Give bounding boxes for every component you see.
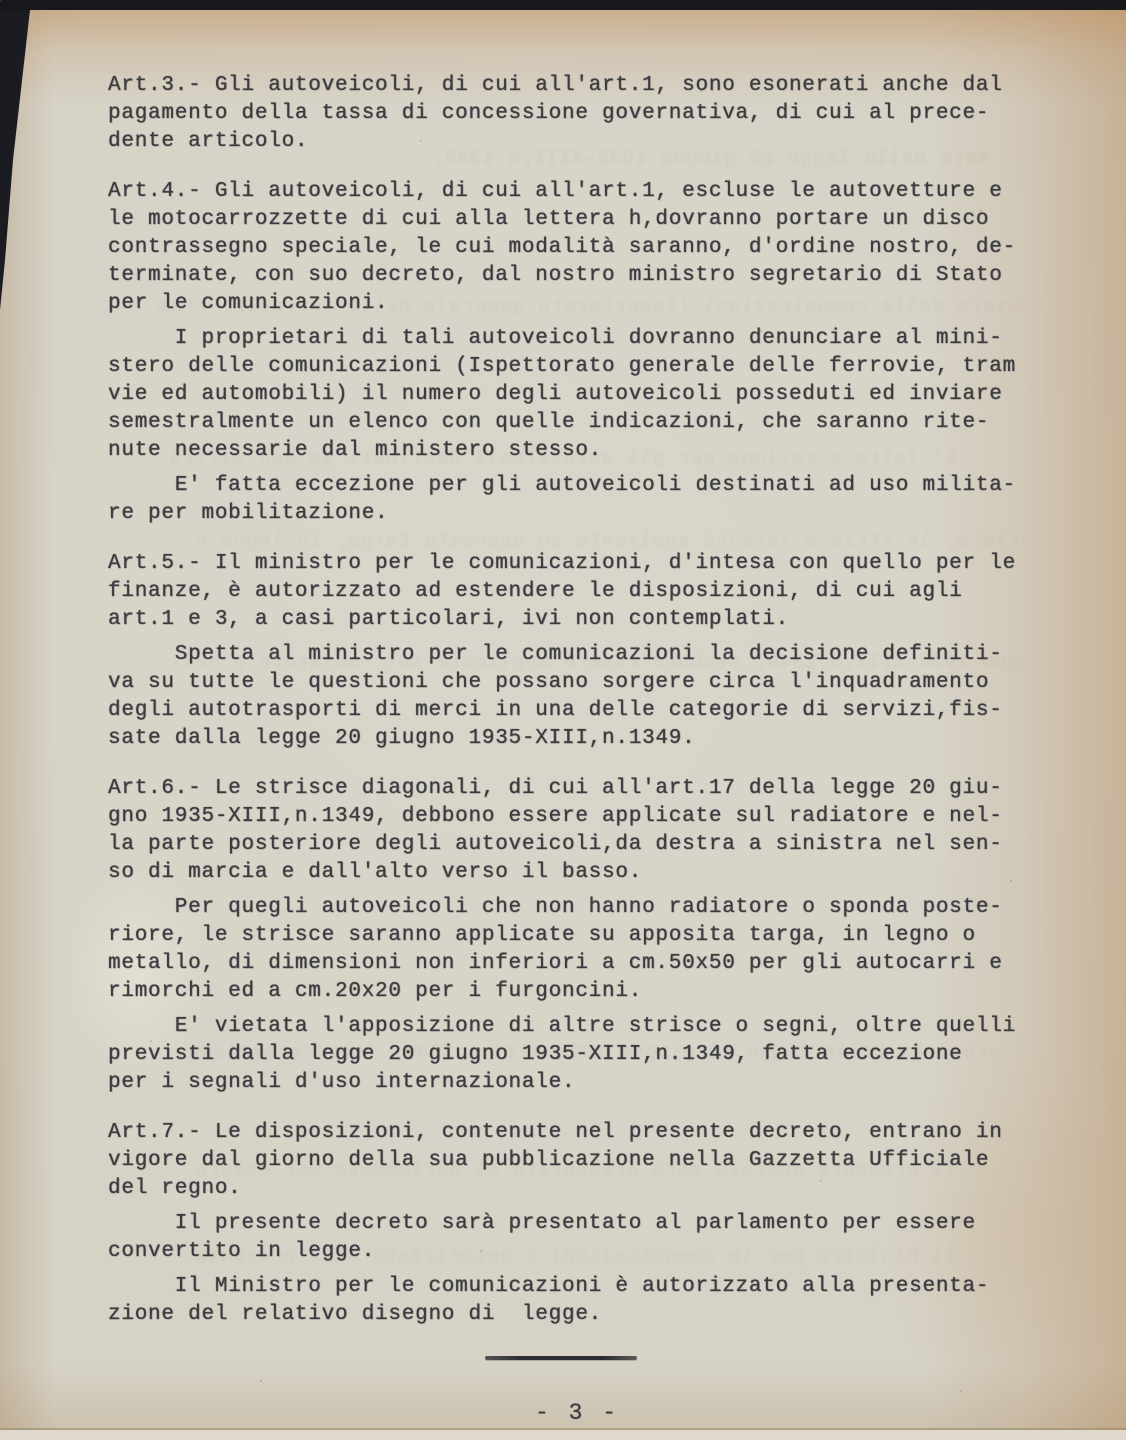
text-line: del regno. bbox=[108, 1175, 1048, 1203]
paper-specks bbox=[0, 0, 2, 2]
text-line: Art.3.- Gli autoveicoli, di cui all'art.… bbox=[108, 72, 1048, 100]
text-line: per i segnali d'uso internazionale. bbox=[108, 1069, 1048, 1097]
text-line: Spetta al ministro per le comunicazioni … bbox=[108, 641, 1048, 669]
text-line: dente articolo. bbox=[108, 128, 1048, 156]
scanned-document-page: sate dalla legge 20 giugno 1935-XIII,n.1… bbox=[0, 0, 1126, 1440]
document-body: Art.3.- Gli autoveicoli, di cui all'art.… bbox=[108, 72, 1048, 1329]
text-line: zione del relativo disegno di legge. bbox=[108, 1301, 1048, 1329]
text-line: I proprietari di tali autoveicoli dovran… bbox=[108, 325, 1048, 353]
text-line: pagamento della tassa di concessione gov… bbox=[108, 100, 1048, 128]
text-line: Art.5.- Il ministro per le comunicazioni… bbox=[108, 550, 1048, 578]
text-line: Per quegli autoveicoli che non hanno rad… bbox=[108, 894, 1048, 922]
text-line: Art.4.- Gli autoveicoli, di cui all'art.… bbox=[108, 178, 1048, 206]
text-line: terminate, con suo decreto, dal nostro m… bbox=[108, 262, 1048, 290]
text-line: convertito in legge. bbox=[108, 1238, 1048, 1266]
text-line: metallo, di dimensioni non inferiori a c… bbox=[108, 950, 1048, 978]
text-line: riore, le strisce saranno applicate su a… bbox=[108, 922, 1048, 950]
text-line: sate dalla legge 20 giugno 1935-XIII,n.1… bbox=[108, 725, 1048, 753]
article-paragraph: Art.7.- Le disposizioni, contenute nel p… bbox=[108, 1119, 1048, 1203]
body-paragraph: Per quegli autoveicoli che non hanno rad… bbox=[108, 894, 1048, 1006]
text-line: vie ed automobili) il numero degli autov… bbox=[108, 381, 1048, 409]
text-line: re per mobilitazione. bbox=[108, 500, 1048, 528]
text-line: Art.7.- Le disposizioni, contenute nel p… bbox=[108, 1119, 1048, 1147]
text-line: semestralmente un elenco con quelle indi… bbox=[108, 409, 1048, 437]
body-paragraph: Spetta al ministro per le comunicazioni … bbox=[108, 641, 1048, 753]
body-paragraph: Il Ministro per le comunicazioni è autor… bbox=[108, 1273, 1048, 1329]
body-paragraph: Il presente decreto sarà presentato al p… bbox=[108, 1210, 1048, 1266]
text-line: degli autotrasporti di merci in una dell… bbox=[108, 697, 1048, 725]
text-line: vigore dal giorno della sua pubblicazion… bbox=[108, 1147, 1048, 1175]
text-line: E' vietata l'apposizione di altre strisc… bbox=[108, 1013, 1048, 1041]
article-paragraph: Art.5.- Il ministro per le comunicazioni… bbox=[108, 550, 1048, 634]
text-line: gno 1935-XIII,n.1349, debbono essere app… bbox=[108, 803, 1048, 831]
text-line: nute necessarie dal ministero stesso. bbox=[108, 437, 1048, 465]
article-paragraph: Art.4.- Gli autoveicoli, di cui all'art.… bbox=[108, 178, 1048, 318]
text-line: contrassegno speciale, le cui modalità s… bbox=[108, 234, 1048, 262]
body-paragraph: I proprietari di tali autoveicoli dovran… bbox=[108, 325, 1048, 465]
text-line: Il presente decreto sarà presentato al p… bbox=[108, 1210, 1048, 1238]
text-line: per le comunicazioni. bbox=[108, 290, 1048, 318]
page-number: - 3 - bbox=[14, 1400, 1126, 1426]
article-paragraph: Art.6.- Le strisce diagonali, di cui all… bbox=[108, 775, 1048, 887]
text-line: stero delle comunicazioni (Ispettorato g… bbox=[108, 353, 1048, 381]
text-line: le motocarrozzette di cui alla lettera h… bbox=[108, 206, 1048, 234]
text-line: E' fatta eccezione per gli autoveicoli d… bbox=[108, 472, 1048, 500]
text-line: va su tutte le questioni che possano sor… bbox=[108, 669, 1048, 697]
text-line: art.1 e 3, a casi particolari, ivi non c… bbox=[108, 606, 1048, 634]
body-paragraph: E' vietata l'apposizione di altre strisc… bbox=[108, 1013, 1048, 1097]
text-line: la parte posteriore degli autoveicoli,da… bbox=[108, 831, 1048, 859]
text-line: Il Ministro per le comunicazioni è autor… bbox=[108, 1273, 1048, 1301]
article-paragraph: Art.3.- Gli autoveicoli, di cui all'art.… bbox=[108, 72, 1048, 156]
text-line: Art.6.- Le strisce diagonali, di cui all… bbox=[108, 775, 1048, 803]
text-line: rimorchi ed a cm.20x20 per i furgoncini. bbox=[108, 978, 1048, 1006]
text-line: finanze, è autorizzato ad estendere le d… bbox=[108, 578, 1048, 606]
text-line: previsti dalla legge 20 giugno 1935-XIII… bbox=[108, 1041, 1048, 1069]
text-line: so di marcia e dall'alto verso il basso. bbox=[108, 859, 1048, 887]
closing-rule bbox=[485, 1356, 637, 1360]
body-paragraph: E' fatta eccezione per gli autoveicoli d… bbox=[108, 472, 1048, 528]
